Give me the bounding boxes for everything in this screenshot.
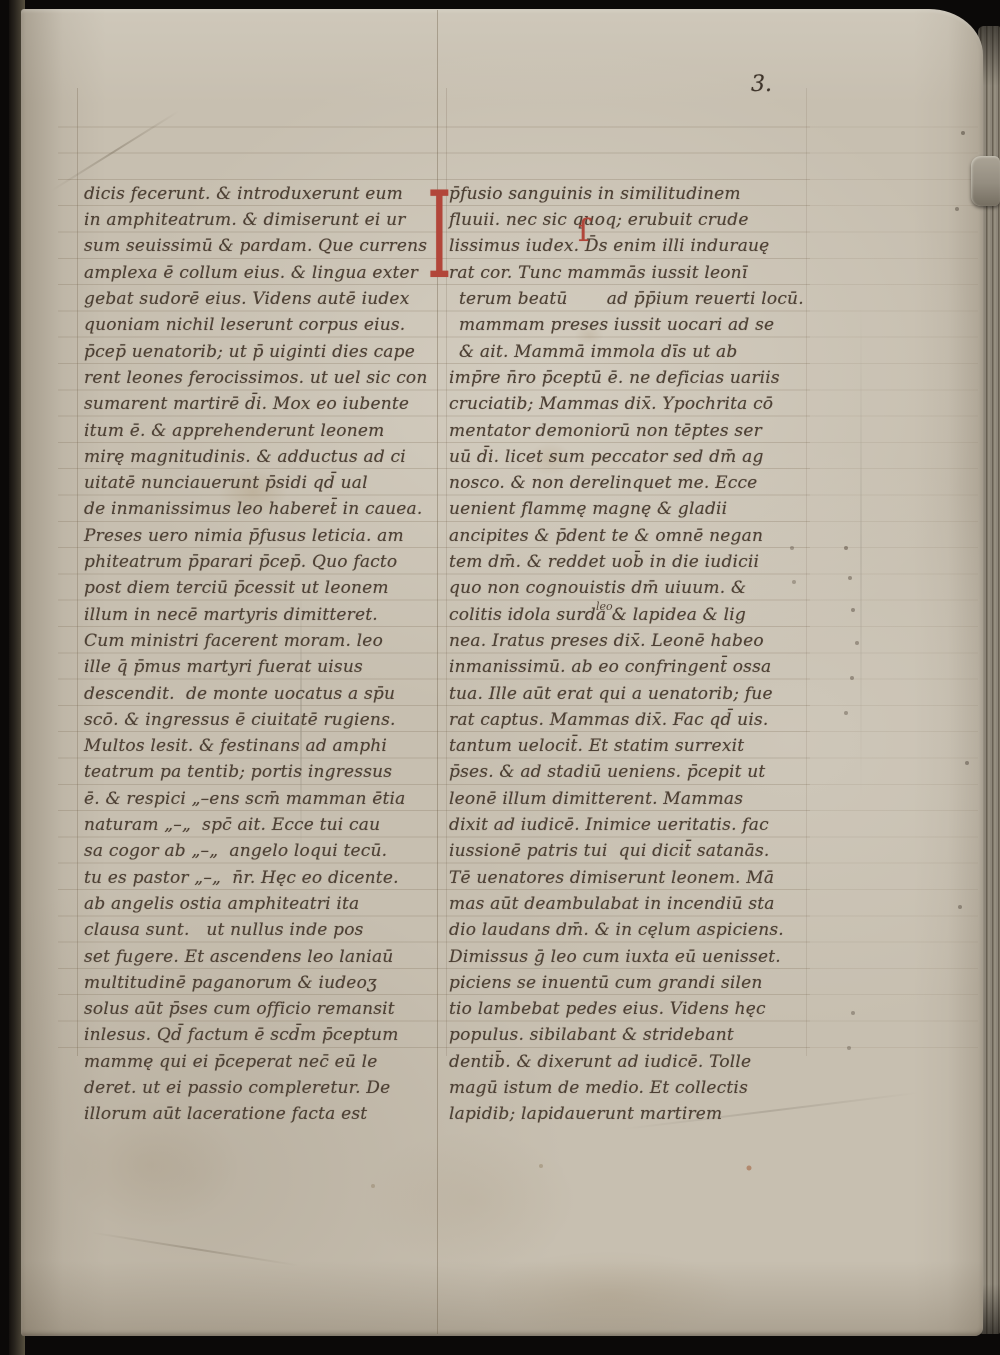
manuscript-line: set fugere. Et ascendens leo laniaū bbox=[84, 944, 446, 970]
manuscript-line: uū d̄i. licet sum peccator sed dm̄ ag bbox=[449, 444, 811, 470]
manuscript-line: piciens se inuentū cum grandi silen bbox=[449, 970, 811, 996]
manuscript-line: itum ē. & apprehenderunt leonem bbox=[84, 418, 446, 444]
manuscript-line: quo non cognouistis dm̄ uiuum. & bbox=[449, 575, 811, 601]
manuscript-line: lapidib; lapidauerunt martirem bbox=[449, 1101, 811, 1127]
manuscript-line: illorum aūt laceratione facta est bbox=[84, 1101, 446, 1127]
rubric-paraph-mark: ſ bbox=[578, 216, 589, 247]
manuscript-line: sumarent martirē d̄i. Mox eo iubente bbox=[84, 391, 446, 417]
parchment-specks bbox=[0, 0, 2, 2]
manuscript-line: mirę magnitudinis. & adductus ad ci bbox=[84, 444, 446, 470]
parchment-stain bbox=[360, 1130, 580, 1270]
manuscript-line: fluuii. nec sic quoq; erubuit crude bbox=[449, 207, 811, 233]
page-tab bbox=[971, 156, 1000, 206]
interlinear-gloss-leo: leo bbox=[596, 601, 613, 612]
manuscript-line: mammam preses iussit uocari ad se bbox=[449, 312, 811, 338]
manuscript-line: iussionē patris tui qui dicit̄ satanās. bbox=[449, 838, 811, 864]
manuscript-line: Multos lesit. & festinans ad amphi bbox=[84, 733, 446, 759]
manuscript-line: tantum uelocit̄. Et statim surrexit bbox=[449, 733, 811, 759]
folio-number: 3. bbox=[751, 72, 772, 97]
manuscript-line: inlesus. Qd̄ factum ē scd̄m p̄ceptum bbox=[84, 1022, 446, 1048]
rubric-initial-I: I bbox=[427, 192, 441, 284]
manuscript-line: magū istum de medio. Et collectis bbox=[449, 1075, 811, 1101]
manuscript-line: mammę qui ei p̄ceperat nec̄ eū le bbox=[84, 1049, 446, 1075]
manuscript-line: inmanissimū. ab eo confringent̄ ossa bbox=[449, 654, 811, 680]
manuscript-line: dixit ad iudicē. Inimice ueritatis. fac bbox=[449, 812, 811, 838]
manuscript-line: terum beatū ad p̄p̄ium reuerti locū. bbox=[449, 286, 811, 312]
manuscript-line: leonē illum dimitterent. Mammas bbox=[449, 786, 811, 812]
manuscript-line: imp̄re n̄ro p̄ceptū ē. ne deficias uarii… bbox=[449, 365, 811, 391]
manuscript-line: tu es pastor „–„ n̄r. Hęc eo dicente. bbox=[84, 865, 446, 891]
manuscript-line: ille q̄ p̄mus martyri fuerat uisus bbox=[84, 654, 446, 680]
manuscript-line: teatrum pa tentib; portis ingressus bbox=[84, 759, 446, 785]
manuscript-line: lissimus iudex. D̄s enim illi indurauę bbox=[449, 233, 811, 259]
manuscript-line: tio lambebat pedes eius. Videns hęc bbox=[449, 996, 811, 1022]
manuscript-line: nea. Iratus preses dix̄. Leonē habeo bbox=[449, 628, 811, 654]
manuscript-line: clausa sunt. ut nullus inde pos bbox=[84, 917, 446, 943]
manuscript-line: ancipites & p̄dent te & omnē negan bbox=[449, 523, 811, 549]
manuscript-line: rat captus. Mammas dix̄. Fac qd̄ uis. bbox=[449, 707, 811, 733]
manuscript-line: mentator demoniorū non tēptes ser bbox=[449, 418, 811, 444]
manuscript-line: rat cor. Tunc mammās iussit leonī bbox=[449, 260, 811, 286]
manuscript-line: amplexa ē collum eius. & lingua exter bbox=[84, 260, 446, 286]
manuscript-line: cruciatib; Mammas dix̄. Ypochrita cō bbox=[449, 391, 811, 417]
manuscript-line: descendit. de monte uocatus a sp̄u bbox=[84, 681, 446, 707]
manuscript-line: mas aūt deambulabat in incendiū sta bbox=[449, 891, 811, 917]
manuscript-line: tua. Ille aūt erat qui a uenatorib; fue bbox=[449, 681, 811, 707]
manuscript-line: deret. ut ei passio compleretur. De bbox=[84, 1075, 446, 1101]
manuscript-line: populus. sibilabant & stridebant bbox=[449, 1022, 811, 1048]
manuscript-line: & ait. Mammā immola dīs ut ab bbox=[449, 339, 811, 365]
manuscript-line: nosco. & non derelinquet me. Ecce bbox=[449, 470, 811, 496]
manuscript-line: dicis fecerunt. & introduxerunt eum bbox=[84, 181, 446, 207]
manuscript-line: uenient flammę magnę & gladii bbox=[449, 496, 811, 522]
parchment-stain bbox=[480, 1250, 740, 1340]
manuscript-line: multitudinē paganorum & iudeoʒ bbox=[84, 970, 446, 996]
manuscript-line: gebat sudorē eius. Videns autē iudex bbox=[84, 286, 446, 312]
manuscript-line: Tē uenatores dimiserunt leonem. Mā bbox=[449, 865, 811, 891]
manuscript-line: colitis idola surda & lapidea & lig bbox=[449, 602, 811, 628]
manuscript-line: in amphiteatrum. & dimiserunt ei ur bbox=[84, 207, 446, 233]
manuscript-line: p̄fusio sanguinis in similitudinem bbox=[449, 181, 811, 207]
manuscript-line: rent leones ferocissimos. ut uel sic con bbox=[84, 365, 446, 391]
parchment-crease bbox=[860, 300, 862, 800]
manuscript-line: p̄cep̄ uenatorib; ut p̄ uiginti dies cap… bbox=[84, 339, 446, 365]
manuscript-line: p̄ses. & ad stadiū ueniens. p̄cepit ut bbox=[449, 759, 811, 785]
manuscript-line: sa cogor ab „–„ angelo loqui tecū. bbox=[84, 838, 446, 864]
manuscript-line: solus aūt p̄ses cum officio remansit bbox=[84, 996, 446, 1022]
manuscript-line: naturam „–„ spc̄ ait. Ecce tui cau bbox=[84, 812, 446, 838]
manuscript-line: Cum ministri facerent moram. leo bbox=[84, 628, 446, 654]
manuscript-line: Preses uero nimia p̄fusus leticia. am bbox=[84, 523, 446, 549]
manuscript-line: quoniam nichil leserunt corpus eius. bbox=[84, 312, 446, 338]
manuscript-line: sum seuissimū & pardam. Que currens bbox=[84, 233, 446, 259]
ruling-vertical-left bbox=[77, 88, 78, 1056]
manuscript-line: illum in necē martyris dimitteret. bbox=[84, 602, 446, 628]
manuscript-line: ē. & respici „–ens scm̄ mamman ētia bbox=[84, 786, 446, 812]
ruling-lines-margin bbox=[810, 101, 978, 1049]
manuscript-line: dio laudans dm̄. & in cęlum aspiciens. bbox=[449, 917, 811, 943]
manuscript-line: post diem terciū p̄cessit ut leonem bbox=[84, 575, 446, 601]
manuscript-line: tem dm̄. & reddet uob̄ in die iudicii bbox=[449, 549, 811, 575]
manuscript-photo: 3. dicis fecerunt. & introduxerunt eumin… bbox=[0, 0, 1000, 1355]
manuscript-line: uitatē nunciauerunt p̄sidi qd̄ ual bbox=[84, 470, 446, 496]
manuscript-line: ab angelis ostia amphiteatri ita bbox=[84, 891, 446, 917]
text-column-right: p̄fusio sanguinis in similitudinemfluuii… bbox=[449, 102, 811, 1128]
manuscript-line: phiteatrum p̄parari p̄cep̄. Quo facto bbox=[84, 549, 446, 575]
manuscript-line: Dimissus ḡ leo cum iuxta eū uenisset. bbox=[449, 944, 811, 970]
manuscript-line: scō. & ingressus ē ciuitatē rugiens. bbox=[84, 707, 446, 733]
manuscript-line: dentib̄. & dixerunt ad iudicē. Tolle bbox=[449, 1049, 811, 1075]
text-column-left: dicis fecerunt. & introduxerunt eumin am… bbox=[84, 102, 446, 1128]
manuscript-line: de inmanissimus leo haberet̄ in cauea. bbox=[84, 496, 446, 522]
